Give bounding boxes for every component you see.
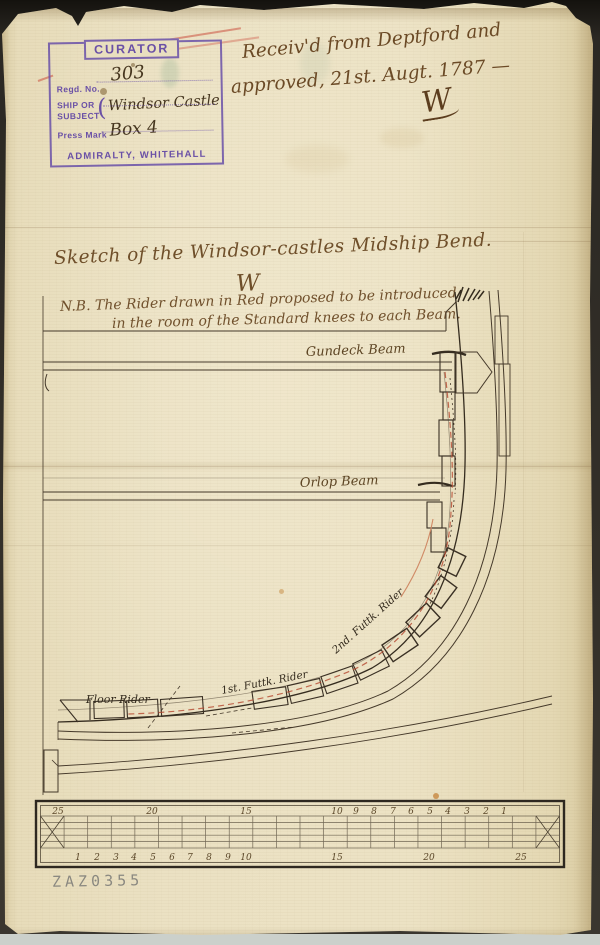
- first-futtock-rider-label: 1st. Futtk. Rider: [220, 668, 309, 697]
- scale-top-number: 3: [464, 807, 470, 817]
- scale-top-number: 5: [427, 807, 433, 817]
- orlop-beam-label: Orlop Beam: [300, 473, 379, 491]
- scale-bottom-number: 6: [169, 853, 175, 863]
- scale-grid: [41, 816, 560, 848]
- scale-top-number: 1: [501, 807, 507, 817]
- scale-top-number: 8: [371, 807, 377, 817]
- rider-block: [439, 420, 453, 456]
- keel-joint-lines: [52, 722, 58, 766]
- scale-bottom-number: 1: [75, 853, 81, 863]
- gundeck-beam-label: Gundeck Beam: [306, 342, 406, 360]
- ship-section: Gundeck Beam Orlop Beam Floor Rider 1st.…: [43, 287, 552, 795]
- second-futtock-rider-label: 2nd. Futtk. Rider: [329, 585, 407, 657]
- scale-bottom-number: 3: [113, 853, 119, 863]
- scale-bottom-number: 20: [422, 853, 435, 863]
- dashed-line: [148, 686, 180, 728]
- proposed-red-rider-line: [128, 372, 452, 714]
- scale-top-number: 10: [331, 807, 343, 817]
- scale-bottom-number: 10: [240, 853, 252, 863]
- keel-section: [44, 750, 58, 792]
- scale-top-number: 25: [51, 807, 64, 817]
- scale-bottom-number: 5: [150, 853, 156, 863]
- orlop-beam-lines: [43, 492, 440, 500]
- timber-head-hatching: [456, 287, 484, 302]
- outer-planking-line: [58, 291, 497, 732]
- scanned-admiralty-draught: CURATOR Regd. No. 303 SHIP OR SUBJECT ( …: [0, 0, 600, 945]
- scale-bottom-number: 4: [130, 853, 137, 863]
- bottom-planking-line: [58, 704, 552, 774]
- midship-bend-drawing: Gundeck Beam Orlop Beam Floor Rider 1st.…: [0, 0, 600, 945]
- scale-top-number: 7: [390, 807, 396, 817]
- scale-top-number: 4: [444, 807, 451, 817]
- scale-bottom-number: 7: [187, 853, 193, 863]
- paper-sheet: CURATOR Regd. No. 303 SHIP OR SUBJECT ( …: [0, 0, 600, 945]
- rider-block: [427, 502, 442, 528]
- upper-deck-line: [43, 302, 456, 331]
- gundeck-beam-lines: [43, 362, 452, 370]
- scale-top-number: 2: [482, 807, 489, 817]
- rider-block: [440, 352, 455, 392]
- archive-number: ZAZ0355: [52, 871, 144, 891]
- rider-block: [431, 528, 446, 552]
- scale-top-number: 15: [240, 807, 252, 817]
- scale-bottom-number: 2: [93, 853, 100, 863]
- scale-bottom-number: 9: [225, 853, 231, 863]
- dashed-line: [206, 708, 252, 716]
- scale-bottom-number: 8: [206, 853, 212, 863]
- scale-bottom-number: 25: [514, 853, 527, 863]
- scale-top-number: 20: [145, 807, 158, 817]
- scale-top-number: 6: [408, 807, 414, 817]
- scan-edge-strip: [0, 934, 600, 945]
- beam-tick: [45, 374, 49, 391]
- wale-strake: [499, 364, 510, 456]
- scale-top-number: 9: [353, 807, 359, 817]
- rider-block: [442, 456, 455, 486]
- floor-rider-label: Floor Rider: [85, 693, 151, 706]
- scale-bottom-number: 15: [331, 853, 343, 863]
- scale-bar: 2520151098765432112345678910152025: [36, 801, 564, 867]
- rider-block: [353, 650, 390, 680]
- red-rider-line: [401, 519, 433, 597]
